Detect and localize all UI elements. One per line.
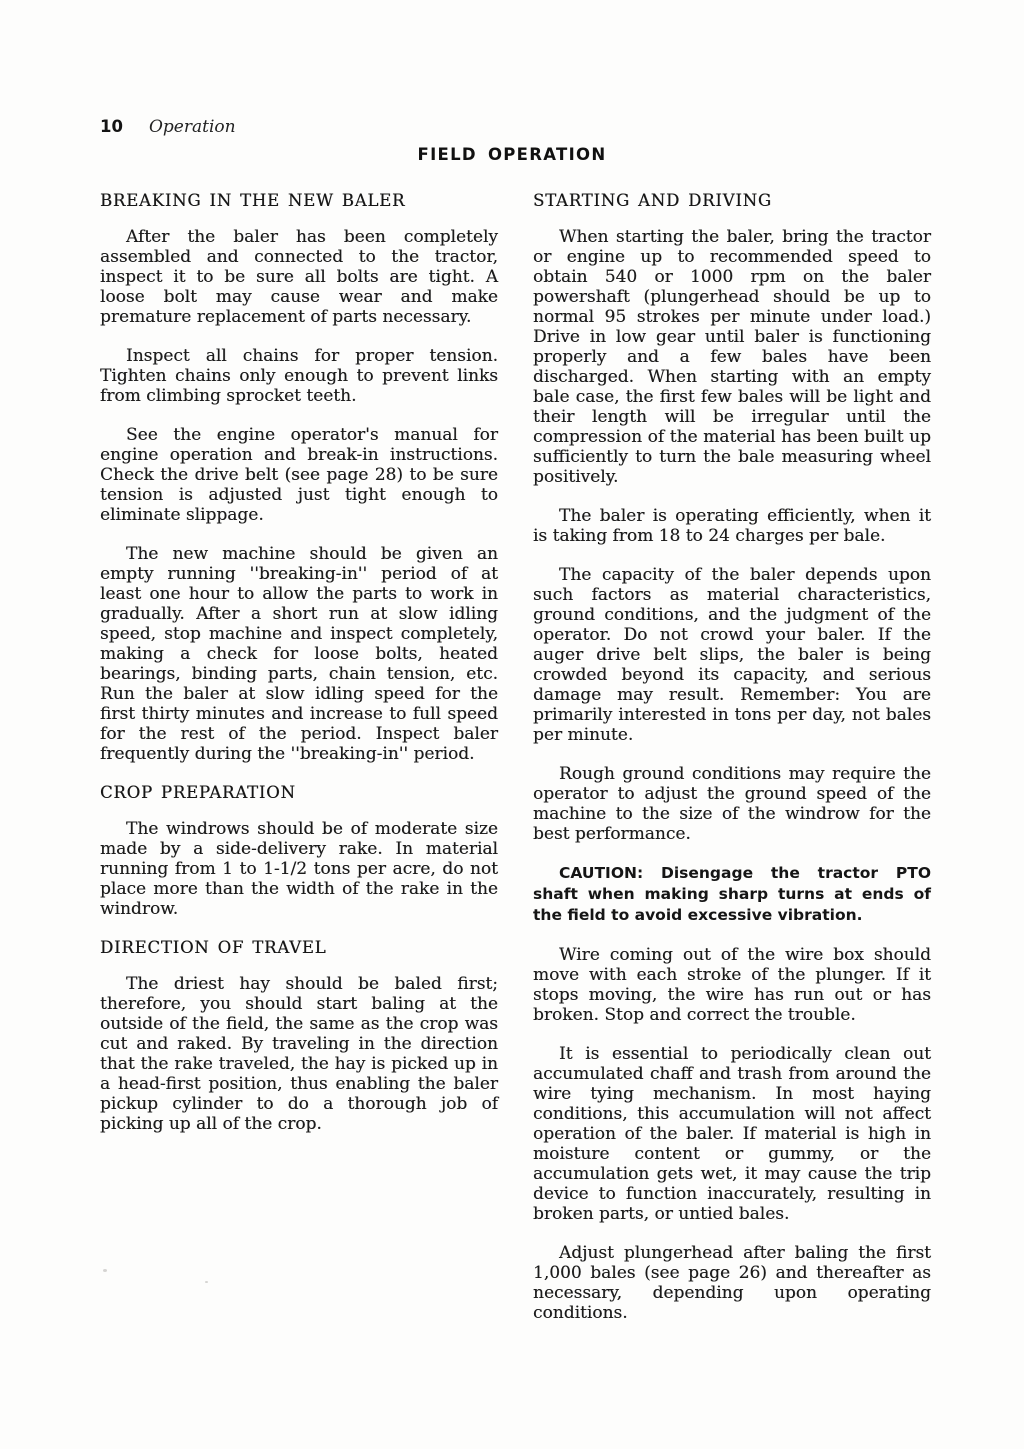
right-column: STARTING AND DRIVING When starting the b… — [533, 191, 931, 1342]
page-title: FIELD OPERATION — [0, 145, 1024, 164]
body-paragraph: When starting the baler, bring the tract… — [533, 227, 931, 487]
body-paragraph: The capacity of the baler depends upon s… — [533, 565, 931, 745]
body-paragraph: Rough ground conditions may require the … — [533, 764, 931, 844]
body-paragraph: The baler is operating efficiently, when… — [533, 506, 931, 546]
body-paragraph: The new machine should be given an empty… — [100, 544, 498, 764]
two-column-layout: BREAKING IN THE NEW BALER After the bale… — [100, 191, 931, 1342]
body-paragraph: It is essential to periodically clean ou… — [533, 1044, 931, 1224]
running-title: Operation — [149, 117, 236, 137]
body-paragraph: Inspect all chains for proper tension. T… — [100, 346, 498, 406]
body-paragraph: The driest hay should be baled first; th… — [100, 974, 498, 1134]
section-starting-and-driving: STARTING AND DRIVING When starting the b… — [533, 191, 931, 1323]
scan-speck — [205, 1281, 208, 1283]
caution-paragraph: CAUTION: Disengage the tractor PTO shaft… — [533, 863, 931, 926]
section-heading: CROP PREPARATION — [100, 783, 498, 802]
section-heading: STARTING AND DRIVING — [533, 191, 931, 210]
body-paragraph: See the engine operator's manual for eng… — [100, 425, 498, 525]
body-paragraph: After the baler has been completely asse… — [100, 227, 498, 327]
section-crop-preparation: CROP PREPARATION The windrows should be … — [100, 783, 498, 919]
page-number: 10 — [100, 117, 123, 136]
section-heading: BREAKING IN THE NEW BALER — [100, 191, 498, 210]
body-paragraph: Wire coming out of the wire box should m… — [533, 945, 931, 1025]
scan-speck — [103, 1269, 107, 1272]
section-heading: DIRECTION OF TRAVEL — [100, 938, 498, 957]
left-column: BREAKING IN THE NEW BALER After the bale… — [100, 191, 498, 1342]
section-breaking-in: BREAKING IN THE NEW BALER After the bale… — [100, 191, 498, 764]
running-header: 10Operation — [100, 117, 236, 137]
body-paragraph: Adjust plungerhead after baling the firs… — [533, 1243, 931, 1323]
body-paragraph: The windrows should be of moderate size … — [100, 819, 498, 919]
manual-page: 10Operation FIELD OPERATION BREAKING IN … — [0, 0, 1024, 1449]
section-direction-of-travel: DIRECTION OF TRAVEL The driest hay shoul… — [100, 938, 498, 1134]
